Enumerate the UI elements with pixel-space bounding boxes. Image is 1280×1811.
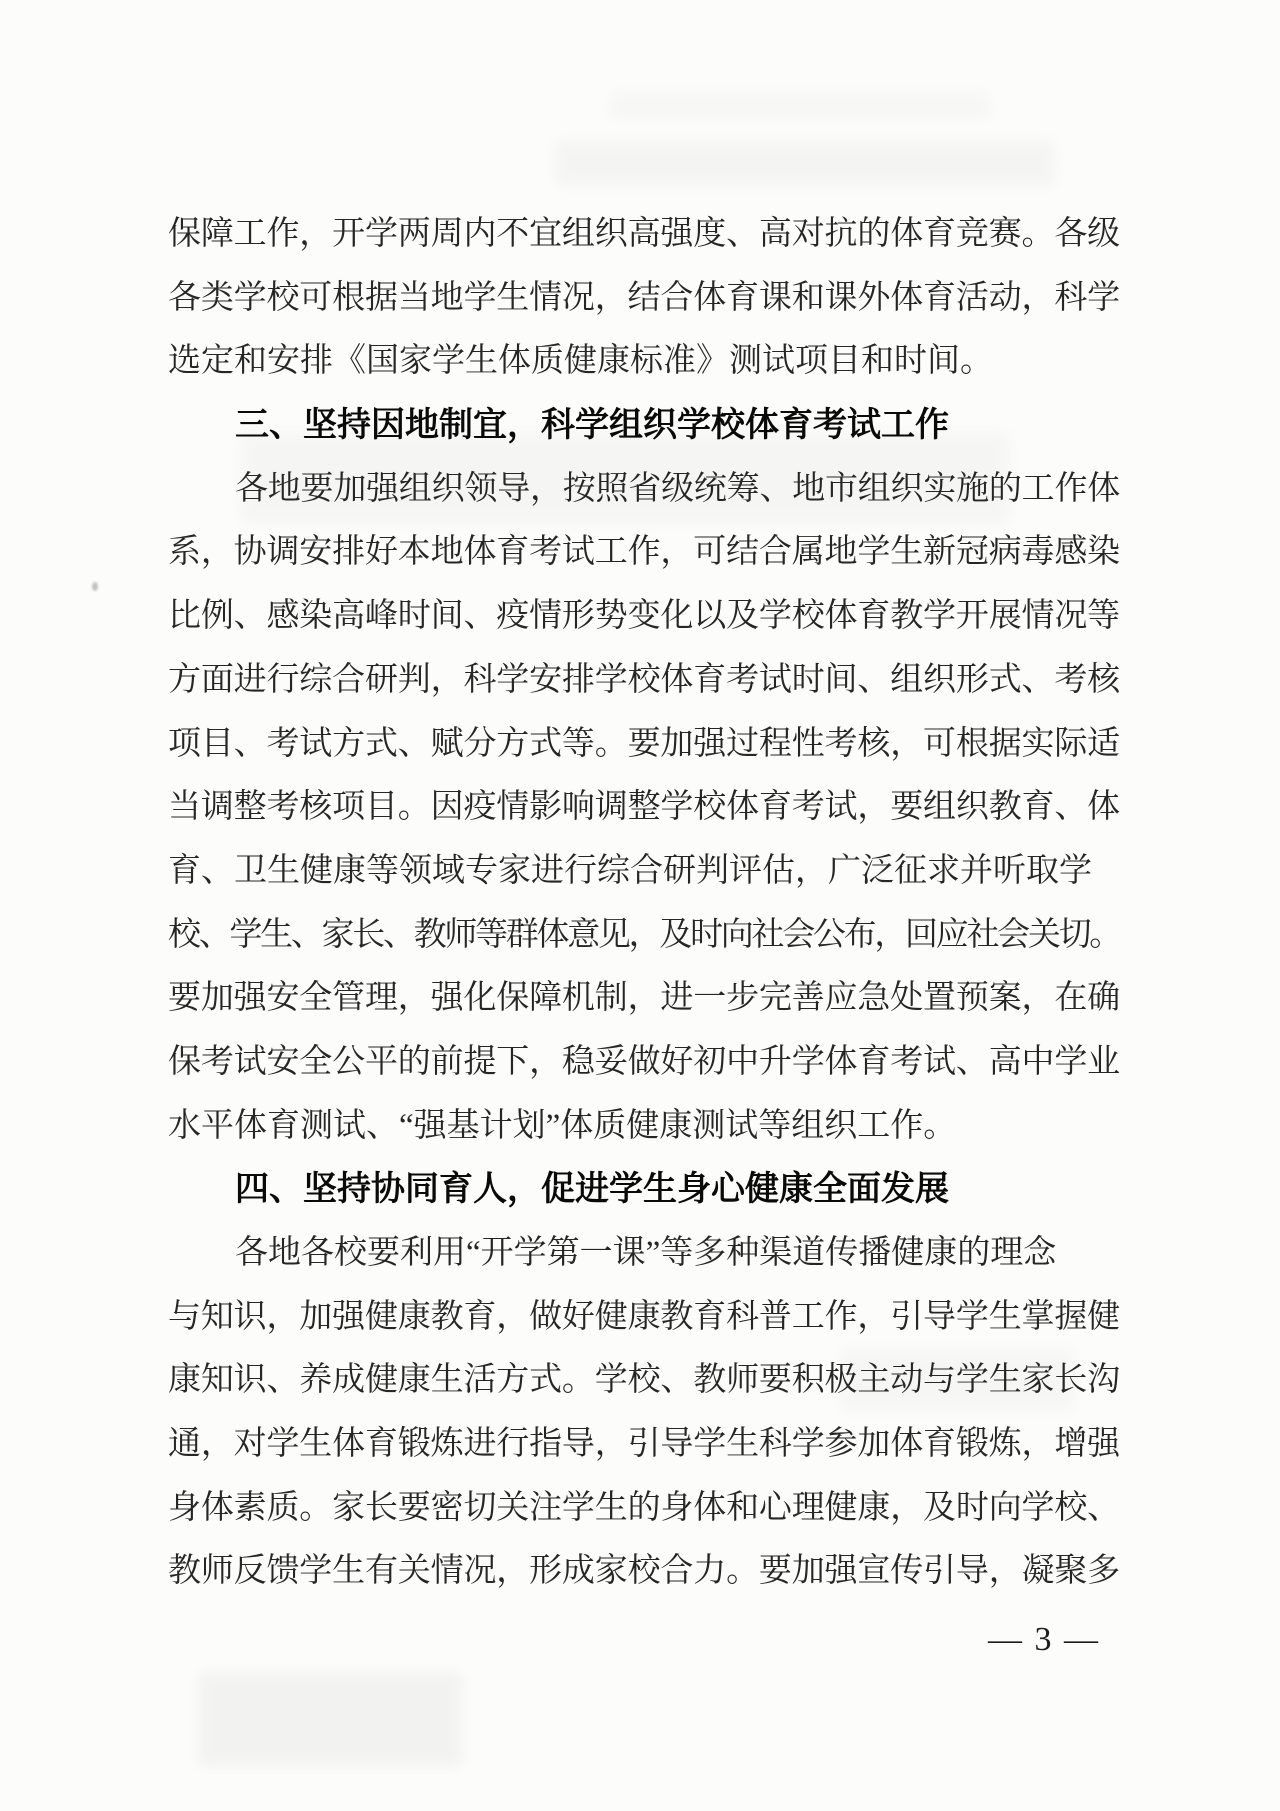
text-line: 项目、考试方式、赋分方式等。要加强过程性考核，可根据实际适 <box>168 713 1120 777</box>
section-heading: 三、坚持因地制宜，科学组织学校体育考试工作 <box>168 394 1120 458</box>
text-line: 方面进行综合研判，科学安排学校体育考试时间、组织形式、考核 <box>168 649 1120 713</box>
text-line: 与知识，加强健康教育，做好健康教育科普工作，引导学生掌握健 <box>168 1286 1120 1350</box>
section-heading: 四、坚持协同育人，促进学生身心健康全面发展 <box>168 1158 1120 1222</box>
text-line: 水平体育测试、“强基计划”体质健康测试等组织工作。 <box>168 1095 1120 1159</box>
text-line: 育、卫生健康等领域专家进行综合研判评估，广泛征求并听取学 <box>168 840 1120 904</box>
text-line: 各地各校要利用“开学第一课”等多种渠道传播健康的理念 <box>168 1222 1120 1286</box>
text-line: 各类学校可根据当地学生情况，结合体育课和课外体育活动，科学 <box>168 267 1120 331</box>
text-line: 保考试安全公平的前提下，稳妥做好初中升学体育考试、高中学业 <box>168 1031 1120 1095</box>
text-line: 比例、感染高峰时间、疫情形势变化以及学校体育教学开展情况等 <box>168 585 1120 649</box>
page-number: — 3 — <box>988 1612 1100 1668</box>
text-line: 当调整考核项目。因疫情影响调整学校体育考试，要组织教育、体 <box>168 776 1120 840</box>
text-line: 校、学生、家长、教师等群体意见，及时向社会公布，回应社会关切。 <box>168 904 1120 968</box>
scan-speck <box>92 582 98 591</box>
scan-smudge <box>555 140 1055 186</box>
text-line: 教师反馈学生有关情况，形成家校合力。要加强宣传引导，凝聚多 <box>168 1540 1120 1604</box>
text-line: 身体素质。家长要密切关注学生的身体和心理健康，及时向学校、 <box>168 1477 1120 1541</box>
document-page: 保障工作，开学两周内不宜组织高强度、高对抗的体育竞赛。各级各类学校可根据当地学生… <box>0 0 1280 1811</box>
text-line: 要加强安全管理，强化保障机制，进一步完善应急处置预案，在确 <box>168 967 1120 1031</box>
scan-smudge <box>198 1672 463 1767</box>
text-column: 保障工作，开学两周内不宜组织高强度、高对抗的体育竞赛。各级各类学校可根据当地学生… <box>168 203 1120 1604</box>
scan-smudge <box>610 92 990 120</box>
text-line: 选定和安排《国家学生体质健康标准》测试项目和时间。 <box>168 330 1120 394</box>
text-line: 康知识、养成健康生活方式。学校、教师要积极主动与学生家长沟 <box>168 1349 1120 1413</box>
text-line: 保障工作，开学两周内不宜组织高强度、高对抗的体育竞赛。各级 <box>168 203 1120 267</box>
text-line: 系，协调安排好本地体育考试工作，可结合属地学生新冠病毒感染 <box>168 521 1120 585</box>
text-line: 各地要加强组织领导，按照省级统筹、地市组织实施的工作体 <box>168 458 1120 522</box>
text-line: 通，对学生体育锻炼进行指导，引导学生科学参加体育锻炼，增强 <box>168 1413 1120 1477</box>
